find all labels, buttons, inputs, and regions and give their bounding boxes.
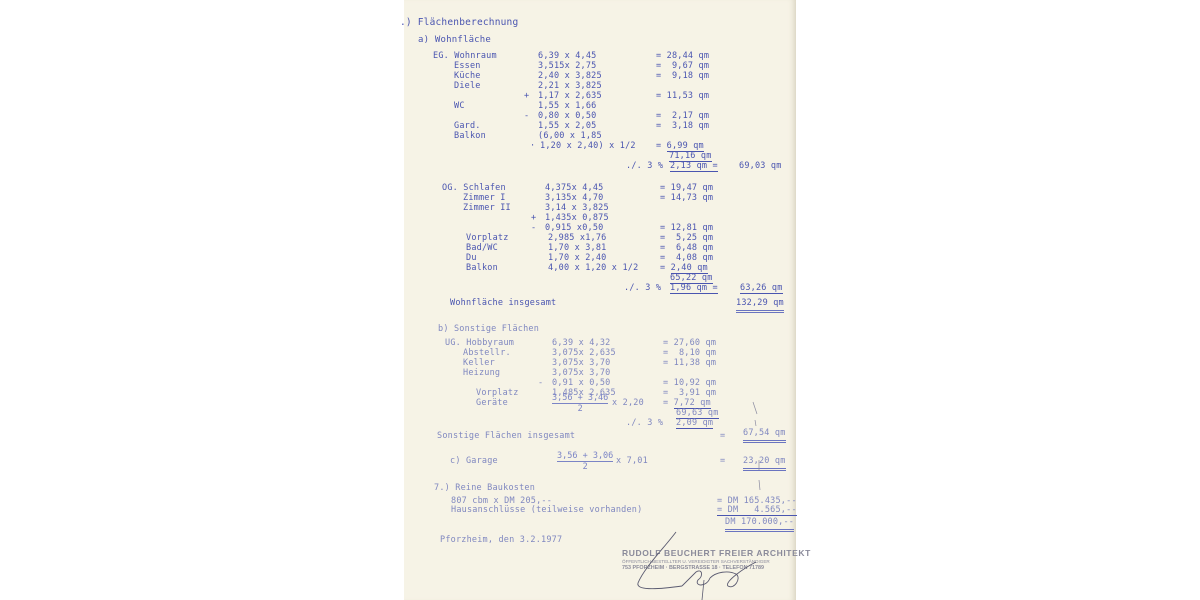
row-label: Gard. [454, 121, 481, 131]
row-label: Küche [454, 71, 481, 81]
row-result: = 8,10 qm [663, 348, 716, 358]
row-calc: 4,00 x 1,20 x 1/2 [548, 263, 638, 273]
garage-suffix: x 7,01 [616, 456, 648, 466]
place-date: Pforzheim, den 3.2.1977 [440, 535, 562, 545]
wohnflaeche-total-value: 132,29 qm [736, 298, 784, 313]
eg-deduction-label: ./. 3 % [626, 161, 663, 171]
signature-icon [624, 528, 774, 600]
garage-eq: = [720, 456, 725, 466]
row-label: WC [454, 101, 465, 111]
garage-fraction: 3,56 + 3,06 2 [557, 451, 613, 472]
geraete-fraction: 3,56 + 3,46 2 [552, 393, 608, 414]
row-result: = 27,60 qm [663, 338, 716, 348]
row-calc: 1,70 x 2,40 [548, 253, 607, 263]
row-calc: 0,91 x 0,50 [552, 378, 611, 388]
row-label: Vorplatz [466, 233, 509, 243]
row-result: = 12,81 qm [660, 223, 713, 233]
row-result: = 9,67 qm [656, 61, 709, 71]
row-label: Bad/WC [466, 243, 498, 253]
wohnflaeche-total-label: Wohnfläche insgesamt [450, 298, 556, 308]
row-result: = 6,48 qm [660, 243, 713, 253]
row-label: EG. Wohnraum [433, 51, 497, 61]
row-result: = 3,91 qm [663, 388, 716, 398]
fraction-denominator: 2 [557, 462, 613, 472]
row-calc: 3,075x 3,70 [552, 358, 611, 368]
row-calc: 3,075x 2,635 [552, 348, 616, 358]
row-label: Essen [454, 61, 481, 71]
og-deduction: 1,96 qm = [670, 283, 718, 294]
row-result: = 5,25 qm [660, 233, 713, 243]
fraction-numerator: 3,56 + 3,06 [557, 451, 613, 462]
row-result: = 14,73 qm [660, 193, 713, 203]
row-result: = 3,18 qm [656, 121, 709, 131]
section-b-title: b) Sonstige Flächen [438, 324, 539, 334]
row-calc: 6,39 x 4,45 [538, 51, 597, 61]
row-op: + [531, 213, 536, 223]
section-a-title: a) Wohnfläche [418, 35, 491, 45]
row-calc: 1,55 x 2,05 [538, 121, 597, 131]
row-result: = 10,92 qm [663, 378, 716, 388]
row-label: Balkon [454, 131, 486, 141]
row-result: = 2,40 qm [660, 263, 708, 273]
row-result: = 7,72 qm [663, 398, 711, 408]
cost-row-label: Hausanschlüsse (teilweise vorhanden) [451, 505, 642, 515]
row-label: Zimmer II [463, 203, 511, 213]
row-calc: 2,985 x1,76 [548, 233, 607, 243]
row-label: Abstellr. [463, 348, 511, 358]
row-calc: 0,80 x 0,50 [538, 111, 597, 121]
fraction-denominator: 2 [552, 404, 608, 414]
og-total: 63,26 qm [740, 283, 783, 294]
row-label: Diele [454, 81, 481, 91]
row-result: = 4,08 qm [660, 253, 713, 263]
row-op: + [524, 91, 529, 101]
row-label: Heizung [463, 368, 500, 378]
row-op: · [530, 141, 535, 151]
eg-total: 69,03 qm [739, 161, 782, 171]
section-7-title: 7.) Reine Baukosten [434, 483, 535, 493]
row-calc: 3,14 x 3,825 [545, 203, 609, 213]
row-calc: 2,40 x 3,825 [538, 71, 602, 81]
row-result: = 11,53 qm [656, 91, 709, 101]
row-calc: (6,00 x 1,85 [538, 131, 602, 141]
row-result: = 2,17 qm [656, 111, 709, 121]
b-deduction: 2,09 qm [676, 418, 713, 429]
row-calc: 1,55 x 1,66 [538, 101, 597, 111]
row-label: Geräte [476, 398, 508, 408]
sonstige-total-label: Sonstige Flächen insgesamt [437, 431, 575, 441]
row-result: = 9,18 qm [656, 71, 709, 81]
row-label: UG. Hobbyraum [445, 338, 514, 348]
margin-marks-icon [749, 400, 769, 520]
row-label: Vorplatz [476, 388, 519, 398]
row-label: Balkon [466, 263, 498, 273]
row-calc: 3,135x 4,70 [545, 193, 604, 203]
fraction-suffix: x 2,20 [612, 398, 644, 408]
row-label: Keller [463, 358, 495, 368]
row-result: = 19,47 qm [660, 183, 713, 193]
eg-deduction: 2,13 qm = [670, 161, 718, 172]
row-calc: 6,39 x 4,32 [552, 338, 611, 348]
document-page: .) Flächenberechnung a) Wohnfläche EG. W… [404, 0, 796, 600]
row-label: Du [466, 253, 477, 263]
heading: .) Flächenberechnung [400, 18, 518, 28]
row-calc: 1,435x 0,875 [545, 213, 609, 223]
row-calc: 1,20 x 2,40) x 1/2 [540, 141, 636, 151]
row-label: Zimmer I [463, 193, 506, 203]
row-op: - [538, 378, 543, 388]
row-op: - [531, 223, 536, 233]
row-label: OG. Schlafen [442, 183, 506, 193]
row-result: = 28,44 qm [656, 51, 709, 61]
row-calc: 3,075x 3,70 [552, 368, 611, 378]
row-calc: 2,21 x 3,825 [538, 81, 602, 91]
og-deduction-label: ./. 3 % [624, 283, 661, 293]
section-c-title: c) Garage [450, 456, 498, 466]
row-calc: 4,375x 4,45 [545, 183, 604, 193]
row-result: = 6,99 qm [656, 141, 704, 151]
fraction-numerator: 3,56 + 3,46 [552, 393, 608, 404]
row-calc: 1,70 x 3,81 [548, 243, 607, 253]
row-result: = 11,38 qm [663, 358, 716, 368]
row-calc: 1,17 x 2,635 [538, 91, 602, 101]
sonstige-total-eq: = [720, 431, 725, 441]
row-calc: 3,515x 2,75 [538, 61, 597, 71]
row-op: - [524, 111, 529, 121]
row-calc: 0,915 x0,50 [545, 223, 604, 233]
b-deduction-label: ./. 3 % [626, 418, 663, 428]
